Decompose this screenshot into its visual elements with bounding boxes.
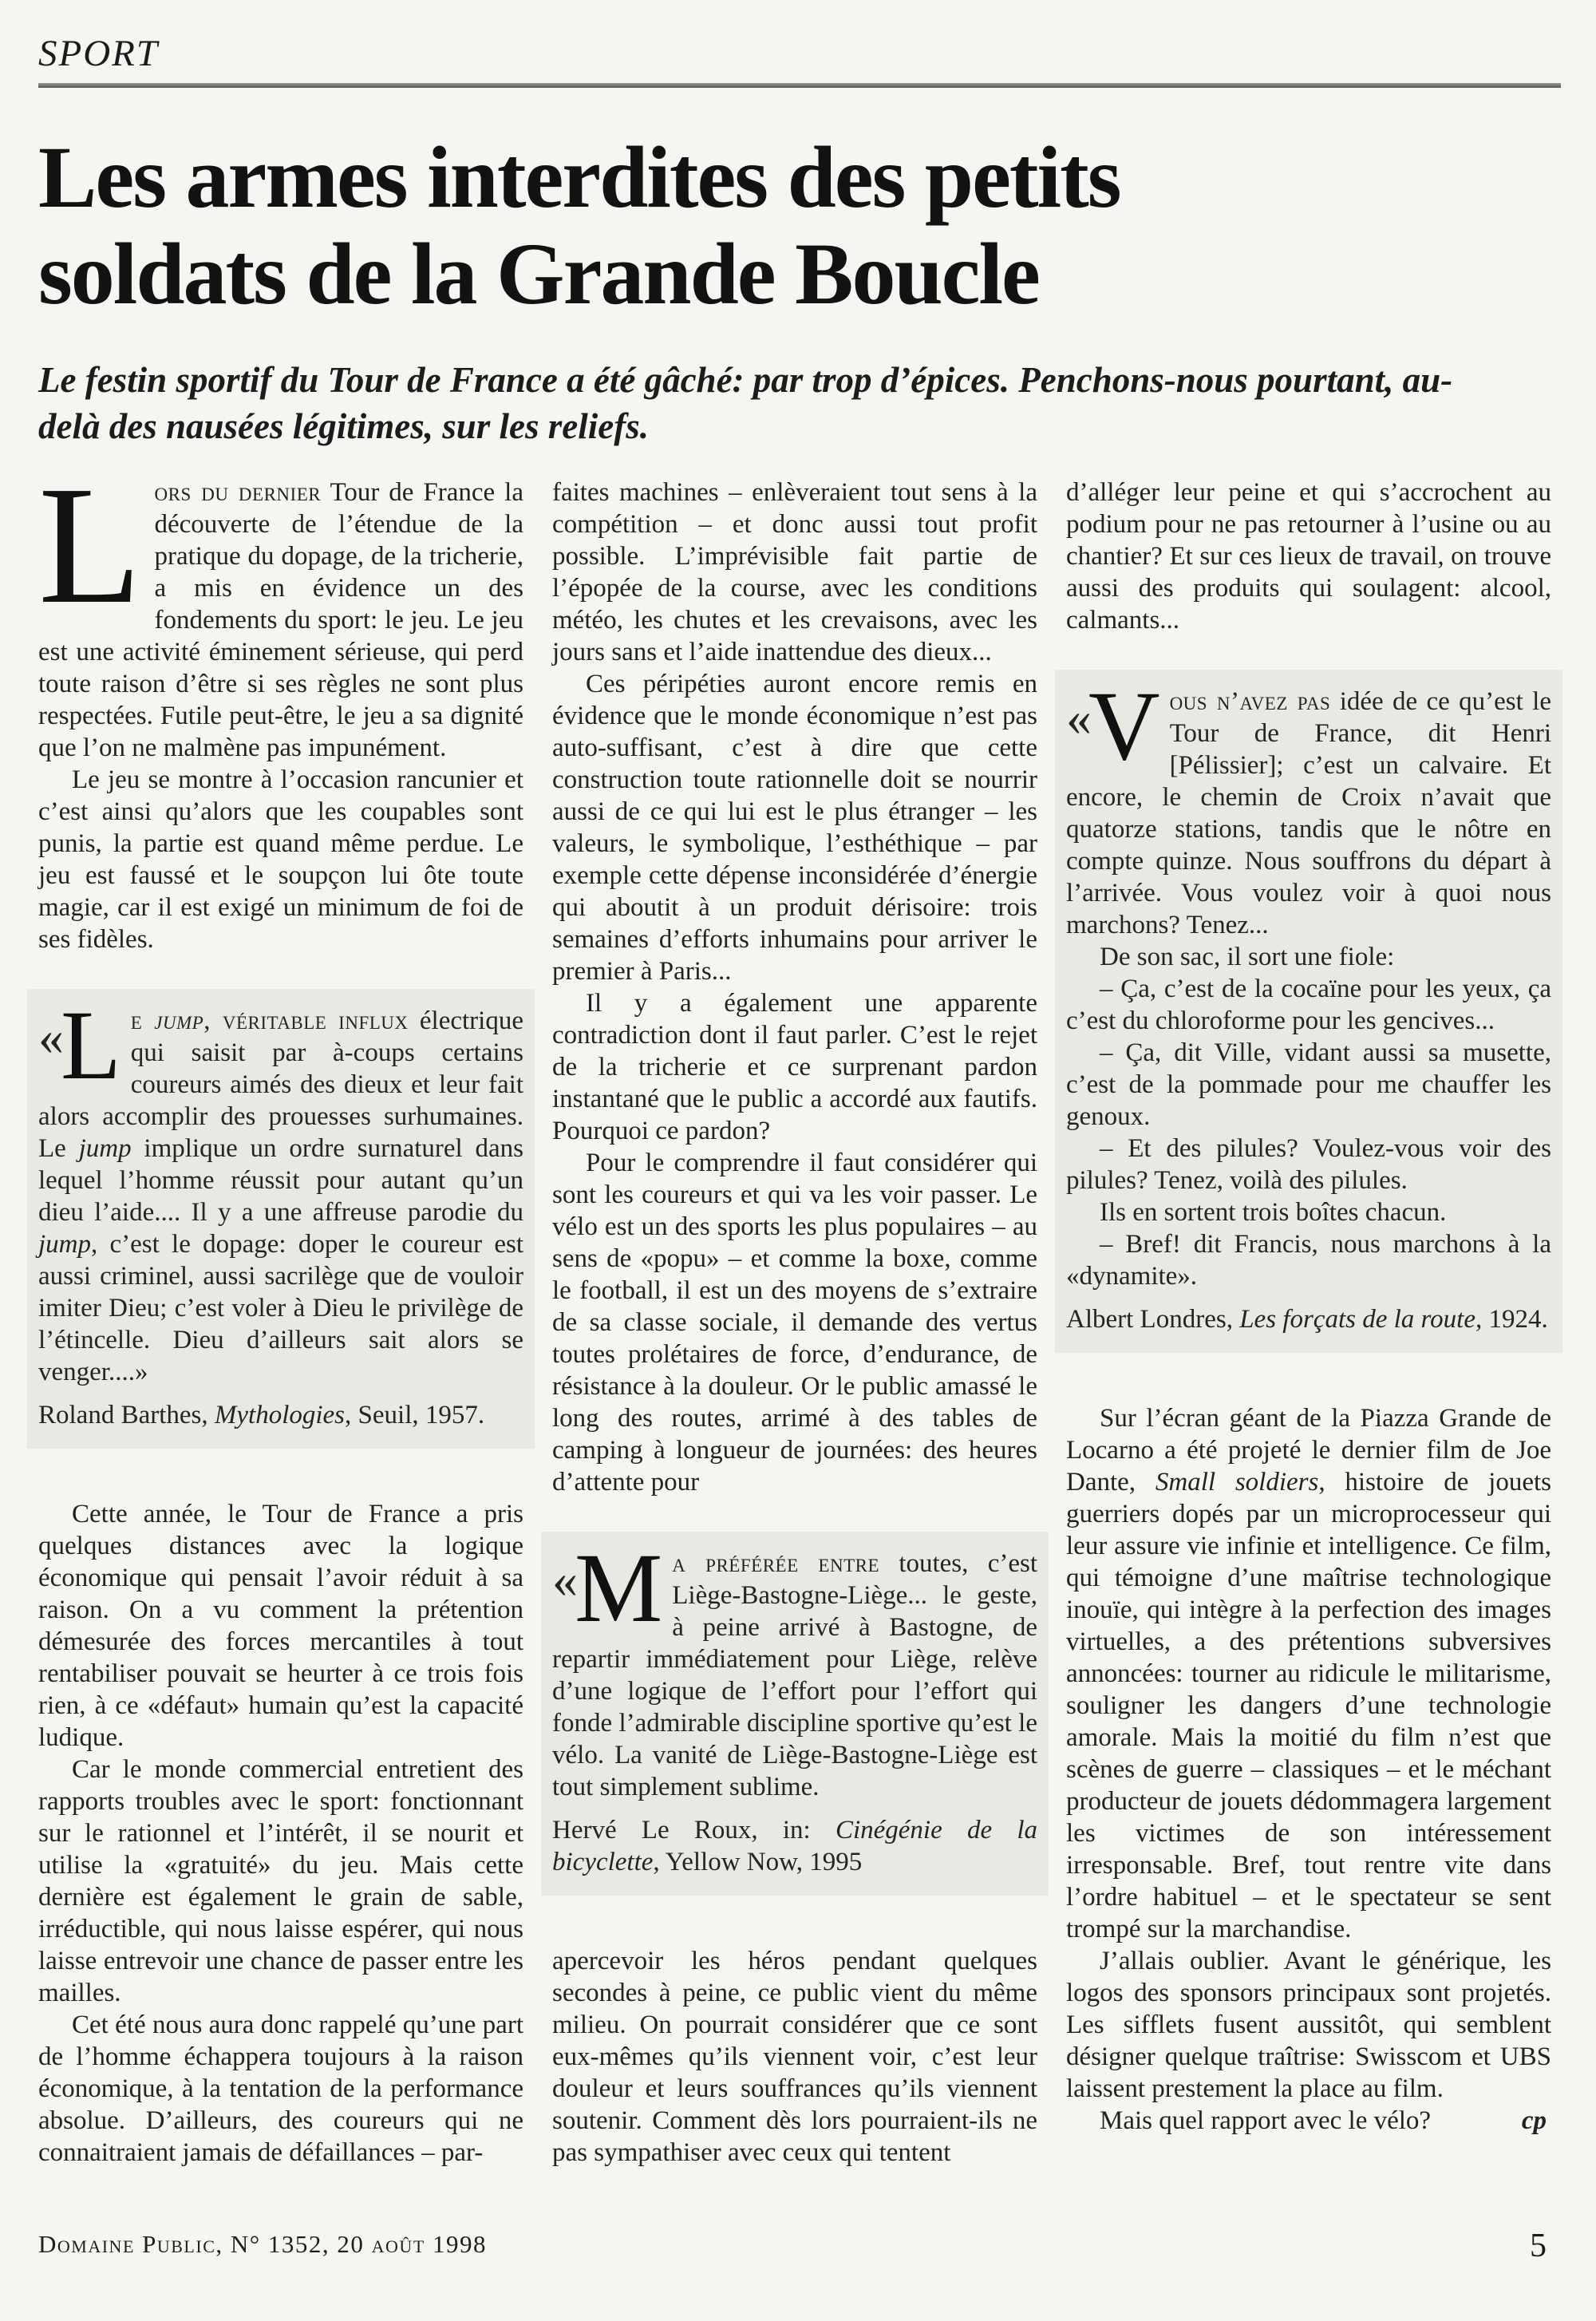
quote-attribution: Hervé Le Roux, in: Cinégénie de la bicyc… xyxy=(552,1814,1037,1878)
paragraph: Ces péripéties auront encore remis en év… xyxy=(552,668,1037,987)
quote-line: – Ça, c’est de la cocaïne pour les yeux,… xyxy=(1066,973,1551,1037)
pullquote-leroux: «Ma préférée entre toutes, c’est Liège-B… xyxy=(541,1532,1049,1896)
quote-attribution: Roland Barthes, Mythologies, Seuil, 1957… xyxy=(38,1399,523,1431)
guillemet-icon: « xyxy=(1066,690,1088,746)
paragraph: apercevoir les héros pendant quelques se… xyxy=(552,1945,1037,2169)
pullquote-barthes: «Le jump, véritable influx électrique qu… xyxy=(27,989,535,1449)
article-columns: Lors du dernier Tour de France la découv… xyxy=(38,476,1561,2169)
paragraph: Lors du dernier Tour de France la découv… xyxy=(38,476,523,764)
quote-line: Ils en sortent trois boîtes chacun. xyxy=(1066,1196,1551,1228)
quote-text: «Le jump, véritable influx électrique qu… xyxy=(38,1005,523,1388)
quote-line: De son sac, il sort une fiole: xyxy=(1066,941,1551,973)
column-1: Lors du dernier Tour de France la découv… xyxy=(38,476,523,2169)
paragraph: Cette année, le Tour de France a pris qu… xyxy=(38,1498,523,1754)
quote-line: – Ça, dit Ville, vidant aussi sa musette… xyxy=(1066,1037,1551,1133)
paragraph: Pour le comprendre il faut considérer qu… xyxy=(552,1147,1037,1498)
paragraph: d’alléger leur peine et qui s’accrochent… xyxy=(1066,476,1551,636)
dropcap-letter: V xyxy=(1088,692,1160,761)
column-3: d’alléger leur peine et qui s’accrochent… xyxy=(1066,476,1551,2169)
dropcap-letter: M xyxy=(575,1554,662,1623)
section-label: SPORT xyxy=(38,32,1561,75)
quote-dropcap: «V xyxy=(1066,692,1160,767)
title-line-1: Les armes interdites des petits xyxy=(38,129,1561,226)
footer-issue-line: Domaine Public, N° 1352, 20 août 1998 xyxy=(38,2230,487,2259)
closing-line: cpMais quel rapport avec le vélo? xyxy=(1066,2105,1551,2137)
quote-attribution: Albert Londres, Les forçats de la route,… xyxy=(1066,1303,1551,1335)
paragraph: Le jeu se montre à l’occasion rancunier … xyxy=(38,764,523,955)
paragraph: Il y a également une apparente contradic… xyxy=(552,987,1037,1147)
header-rule xyxy=(38,83,1561,88)
article-lede: Le festin sportif du Tour de France a ét… xyxy=(38,358,1475,449)
title-line-2: soldats de la Grande Boucle xyxy=(38,226,1561,322)
quote-dropcap: «L xyxy=(38,1011,121,1086)
quote-line: – Et des pilules? Voulez-vous voir des p… xyxy=(1066,1133,1551,1196)
column-2: faites machines – enlèveraient tout sens… xyxy=(552,476,1037,2169)
paragraph: Cet été nous aura donc rappelé qu’une pa… xyxy=(38,2009,523,2169)
paragraph: J’allais oublier. Avant le générique, le… xyxy=(1066,1945,1551,2105)
article-title: Les armes interdites des petits soldats … xyxy=(38,129,1561,322)
quote-dropcap: «M xyxy=(552,1554,662,1629)
paragraph: Car le monde commercial entretient des r… xyxy=(38,1754,523,2009)
dropcap-letter: L xyxy=(38,484,142,607)
paragraph: faites machines – enlèveraient tout sens… xyxy=(552,476,1037,668)
guillemet-icon: « xyxy=(38,1009,61,1066)
dropcap-letter: L xyxy=(61,1011,121,1081)
quote-line: – Bref! dit Francis, nous marchons à la … xyxy=(1066,1228,1551,1292)
guillemet-icon: « xyxy=(552,1552,575,1608)
paragraph: Sur l’écran géant de la Piazza Grande de… xyxy=(1066,1402,1551,1945)
newspaper-page: SPORT Les armes interdites des petits so… xyxy=(0,0,1596,2321)
quote-text: «Ma préférée entre toutes, c’est Liège-B… xyxy=(552,1548,1037,1803)
closing-text: Mais quel rapport avec le vélo? xyxy=(1100,2106,1431,2135)
page-number: 5 xyxy=(1530,2227,1547,2265)
quote-text: «Vous n’avez pas idée de ce qu’est le To… xyxy=(1066,686,1551,941)
pullquote-londres: «Vous n’avez pas idée de ce qu’est le To… xyxy=(1055,670,1562,1353)
author-initials: cp xyxy=(1488,2105,1547,2137)
